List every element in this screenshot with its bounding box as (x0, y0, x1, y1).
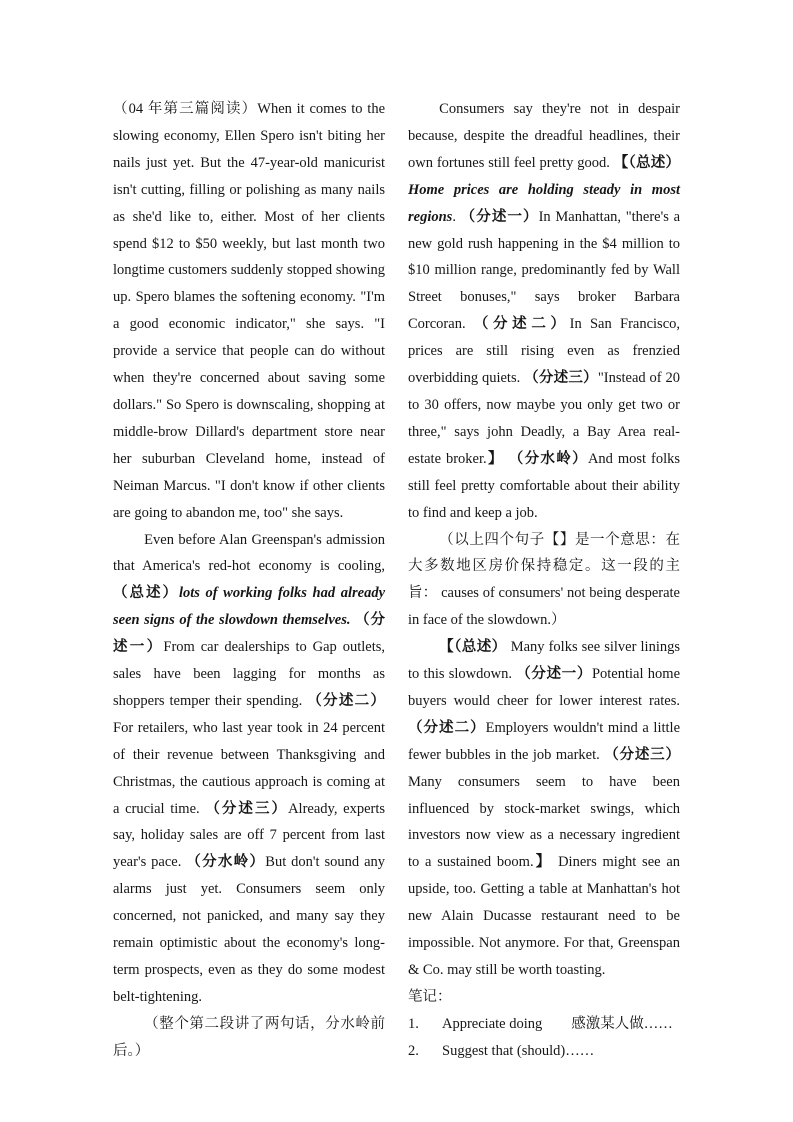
paragraph: （04 年第三篇阅读）When it comes to the slowing … (113, 96, 385, 527)
paragraph: Consumers say they're not in despair bec… (408, 96, 680, 527)
text-run: Even before Alan Greenspan's admission t… (113, 532, 385, 575)
text-run: （分述一） (516, 666, 592, 682)
paragraph: （整个第二段讲了两句话，分水岭前后。） (113, 1011, 385, 1065)
list-item-text: Suggest that (should)…… (442, 1038, 680, 1065)
list-item-text: Appreciate doing 感激某人做…… (442, 1011, 680, 1038)
text-run: （分述二） (307, 693, 385, 709)
paragraph: Even before Alan Greenspan's admission t… (113, 527, 385, 1011)
list-number: 1. (408, 1011, 442, 1038)
text-run: （分述三） (604, 747, 680, 763)
text-run: 笔记： (408, 989, 452, 1005)
text-run: Suggest that (should)…… (442, 1043, 594, 1059)
paragraph: （以上四个句子【】是一个意思：在大多数地区房价保持稳定。这一段的主旨： caus… (408, 527, 680, 635)
text-run: （分述二） (474, 316, 570, 332)
list-item: 1.Appreciate doing 感激某人做…… (408, 1011, 680, 1038)
text-run: When it comes to the slowing economy, El… (113, 101, 385, 521)
text-run: （以上四个句子【】是一个意思：在大多数地区房价保持稳定。这一段的主旨： caus… (408, 532, 680, 629)
list-item: 2.Suggest that (should)…… (408, 1038, 680, 1065)
document-content: （04 年第三篇阅读）When it comes to the slowing … (113, 96, 681, 1065)
text-run: （分水岭） (186, 854, 265, 870)
text-run: 】 (487, 451, 504, 467)
text-run: （分水岭） (504, 451, 588, 467)
text-run: 【（总述） (614, 155, 680, 171)
list-number: 2. (408, 1038, 442, 1065)
text-run: （分述三） (524, 370, 598, 386)
paragraph: 笔记： (408, 984, 680, 1011)
text-run: 】 (534, 854, 553, 870)
text-run: Appreciate doing 感激某人做…… (442, 1016, 673, 1032)
text-run: （分述一） (461, 209, 539, 225)
text-run: Diners might see an upside, too. Getting… (408, 854, 680, 978)
column-right: Consumers say they're not in despair bec… (408, 96, 680, 1065)
text-run: （分述三） (205, 801, 288, 817)
text-run: （04 年第三篇阅读） (113, 101, 257, 117)
text-run: 【（总述） (439, 639, 506, 655)
text-run: . (452, 209, 460, 225)
text-run: （总述） (113, 585, 179, 601)
text-run: But don't sound any alarms just yet. Con… (113, 854, 385, 1005)
text-run: （分述二） (408, 720, 486, 736)
column-left: （04 年第三篇阅读）When it comes to the slowing … (113, 96, 385, 1065)
paragraph: 【（总述） Many folks see silver linings to t… (408, 634, 680, 984)
text-run: （整个第二段讲了两句话，分水岭前后。） (113, 1016, 385, 1059)
document-page: （04 年第三篇阅读）When it comes to the slowing … (0, 0, 793, 1122)
text-run: In Manhattan, "there's a new gold rush h… (408, 209, 680, 333)
